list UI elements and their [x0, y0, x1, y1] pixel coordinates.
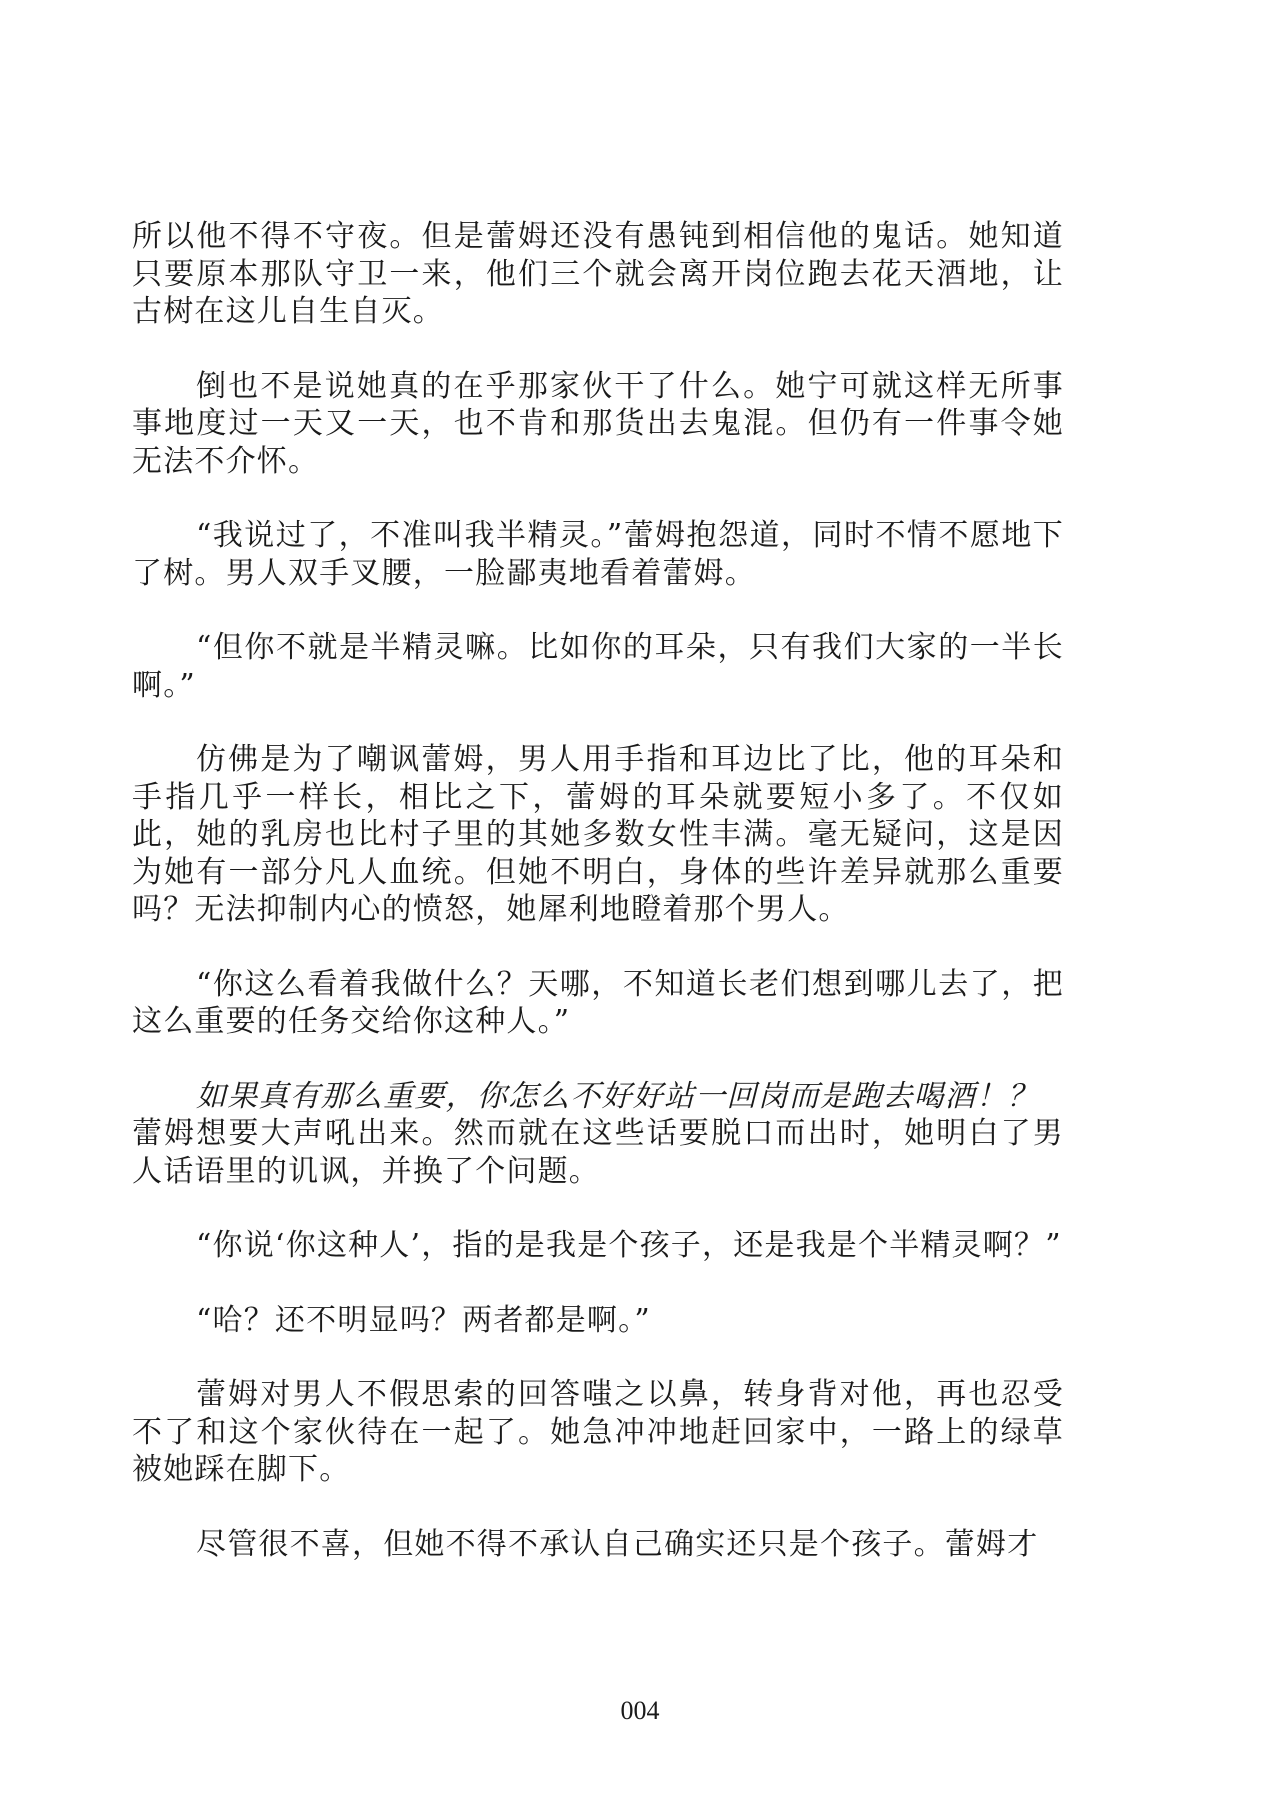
book-page: 所以他不得不守夜。但是蕾姆还没有愚钝到相信他的鬼话。她知道只要原本那队守卫一来，…: [0, 0, 1280, 1816]
paragraph-2: 倒也不是说她真的在乎那家伙干了什么。她宁可就这样无所事事地度过一天又一天，也不肯…: [132, 368, 1064, 481]
paragraph-8: “你说‘你这种人’，指的是我是个孩子，还是我是个半精灵啊？”: [132, 1227, 1064, 1265]
paragraph-3: “我说过了，不准叫我半精灵。”蕾姆抱怨道，同时不情不愿地下了树。男人双手叉腰，一…: [132, 517, 1064, 592]
paragraph-10: 蕾姆对男人不假思索的回答嗤之以鼻，转身背对他，再也忍受不了和这个家伙待在一起了。…: [132, 1376, 1064, 1489]
page-number: 004: [0, 1696, 1280, 1726]
body-text: 所以他不得不守夜。但是蕾姆还没有愚钝到相信他的鬼话。她知道只要原本那队守卫一来，…: [132, 218, 1064, 1600]
paragraph-4: “但你不就是半精灵嘛。比如你的耳朵，只有我们大家的一半长啊。”: [132, 629, 1064, 704]
paragraph-11: 尽管很不喜，但她不得不承认自己确实还只是个孩子。蕾姆才: [132, 1526, 1064, 1564]
inner-thought-italic: 如果真有那么重要，你怎么不好好站一回岗而是跑去喝酒！？: [196, 1079, 1038, 1114]
paragraph-1: 所以他不得不守夜。但是蕾姆还没有愚钝到相信他的鬼话。她知道只要原本那队守卫一来，…: [132, 218, 1064, 331]
paragraph-6: “你这么看着我做什么？天哪，不知道长老们想到哪儿去了，把这么重要的任务交给你这种…: [132, 966, 1064, 1041]
paragraph-5: 仿佛是为了嘲讽蕾姆，男人用手指和耳边比了比，他的耳朵和手指几乎一样长，相比之下，…: [132, 741, 1064, 929]
paragraph-7-text: 蕾姆想要大声吼出来。然而就在这些话要脱口而出时，她明白了男人话语里的讥讽，并换了…: [132, 1116, 1064, 1189]
paragraph-7: 如果真有那么重要，你怎么不好好站一回岗而是跑去喝酒！？蕾姆想要大声吼出来。然而就…: [132, 1078, 1064, 1191]
paragraph-9: “哈？还不明显吗？两者都是啊。”: [132, 1302, 1064, 1340]
